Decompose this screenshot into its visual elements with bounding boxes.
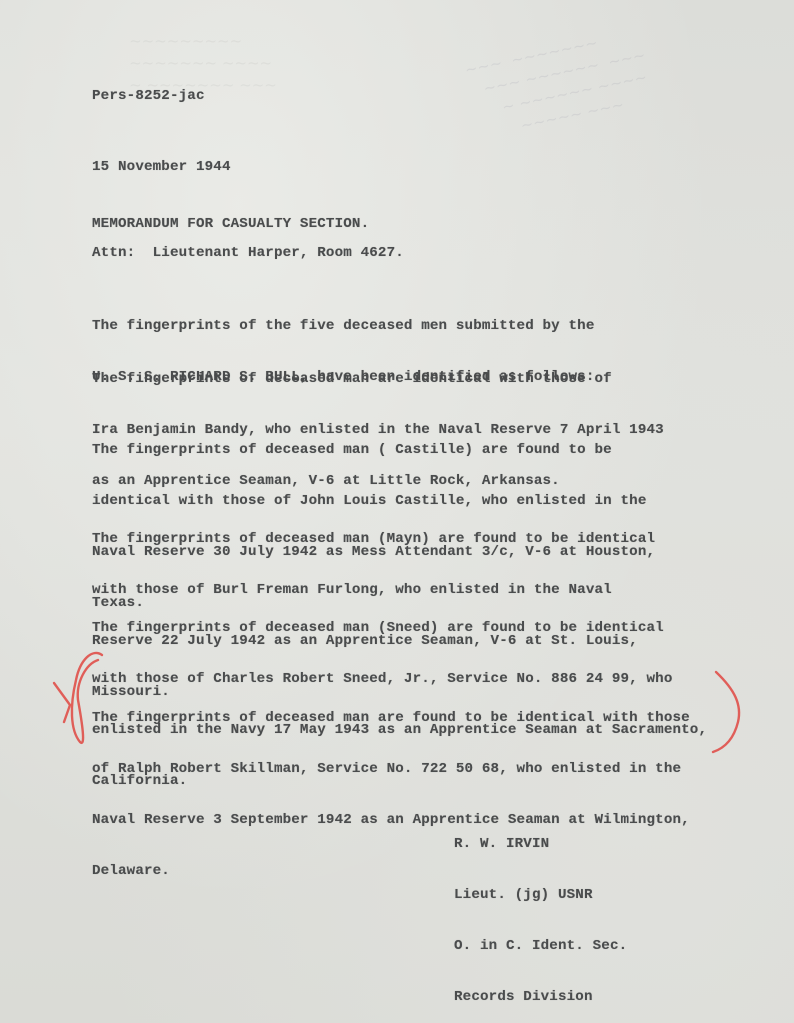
signer-division: Records Division (454, 989, 627, 1006)
paragraph-line: of Ralph Robert Skillman, Service No. 72… (92, 761, 690, 778)
paragraph-line: The fingerprints of deceased man are ide… (92, 371, 664, 388)
signer-rank: Lieut. (jg) USNR (454, 887, 627, 904)
memo-date: 15 November 1944 (92, 159, 231, 176)
reference-number: Pers-8252-jac (92, 88, 205, 105)
memo-heading: MEMORANDUM FOR CASUALTY SECTION. (92, 216, 369, 233)
intro-line: The fingerprints of the five deceased me… (92, 318, 595, 335)
signer-title: O. in C. Ident. Sec. (454, 938, 627, 955)
signer-name: R. W. IRVIN (454, 836, 627, 853)
bleed-through-typed: ~~~~~~~~~ ~~~~~~~ ~~~~ ~ ~~~~~~~ ~~~ (110, 30, 277, 96)
paragraph-line: The fingerprints of deceased man ( Casti… (92, 442, 655, 459)
paragraph-line: The fingerprints of deceased man (Mayn) … (92, 531, 655, 548)
signature-block: R. W. IRVIN Lieut. (jg) USNR O. in C. Id… (454, 802, 627, 1023)
paragraph-line: The fingerprints of deceased man (Sneed)… (92, 620, 707, 637)
attention-line: Attn: Lieutenant Harper, Room 4627. (92, 245, 404, 262)
paragraph-line: The fingerprints of deceased man are fou… (92, 710, 690, 727)
